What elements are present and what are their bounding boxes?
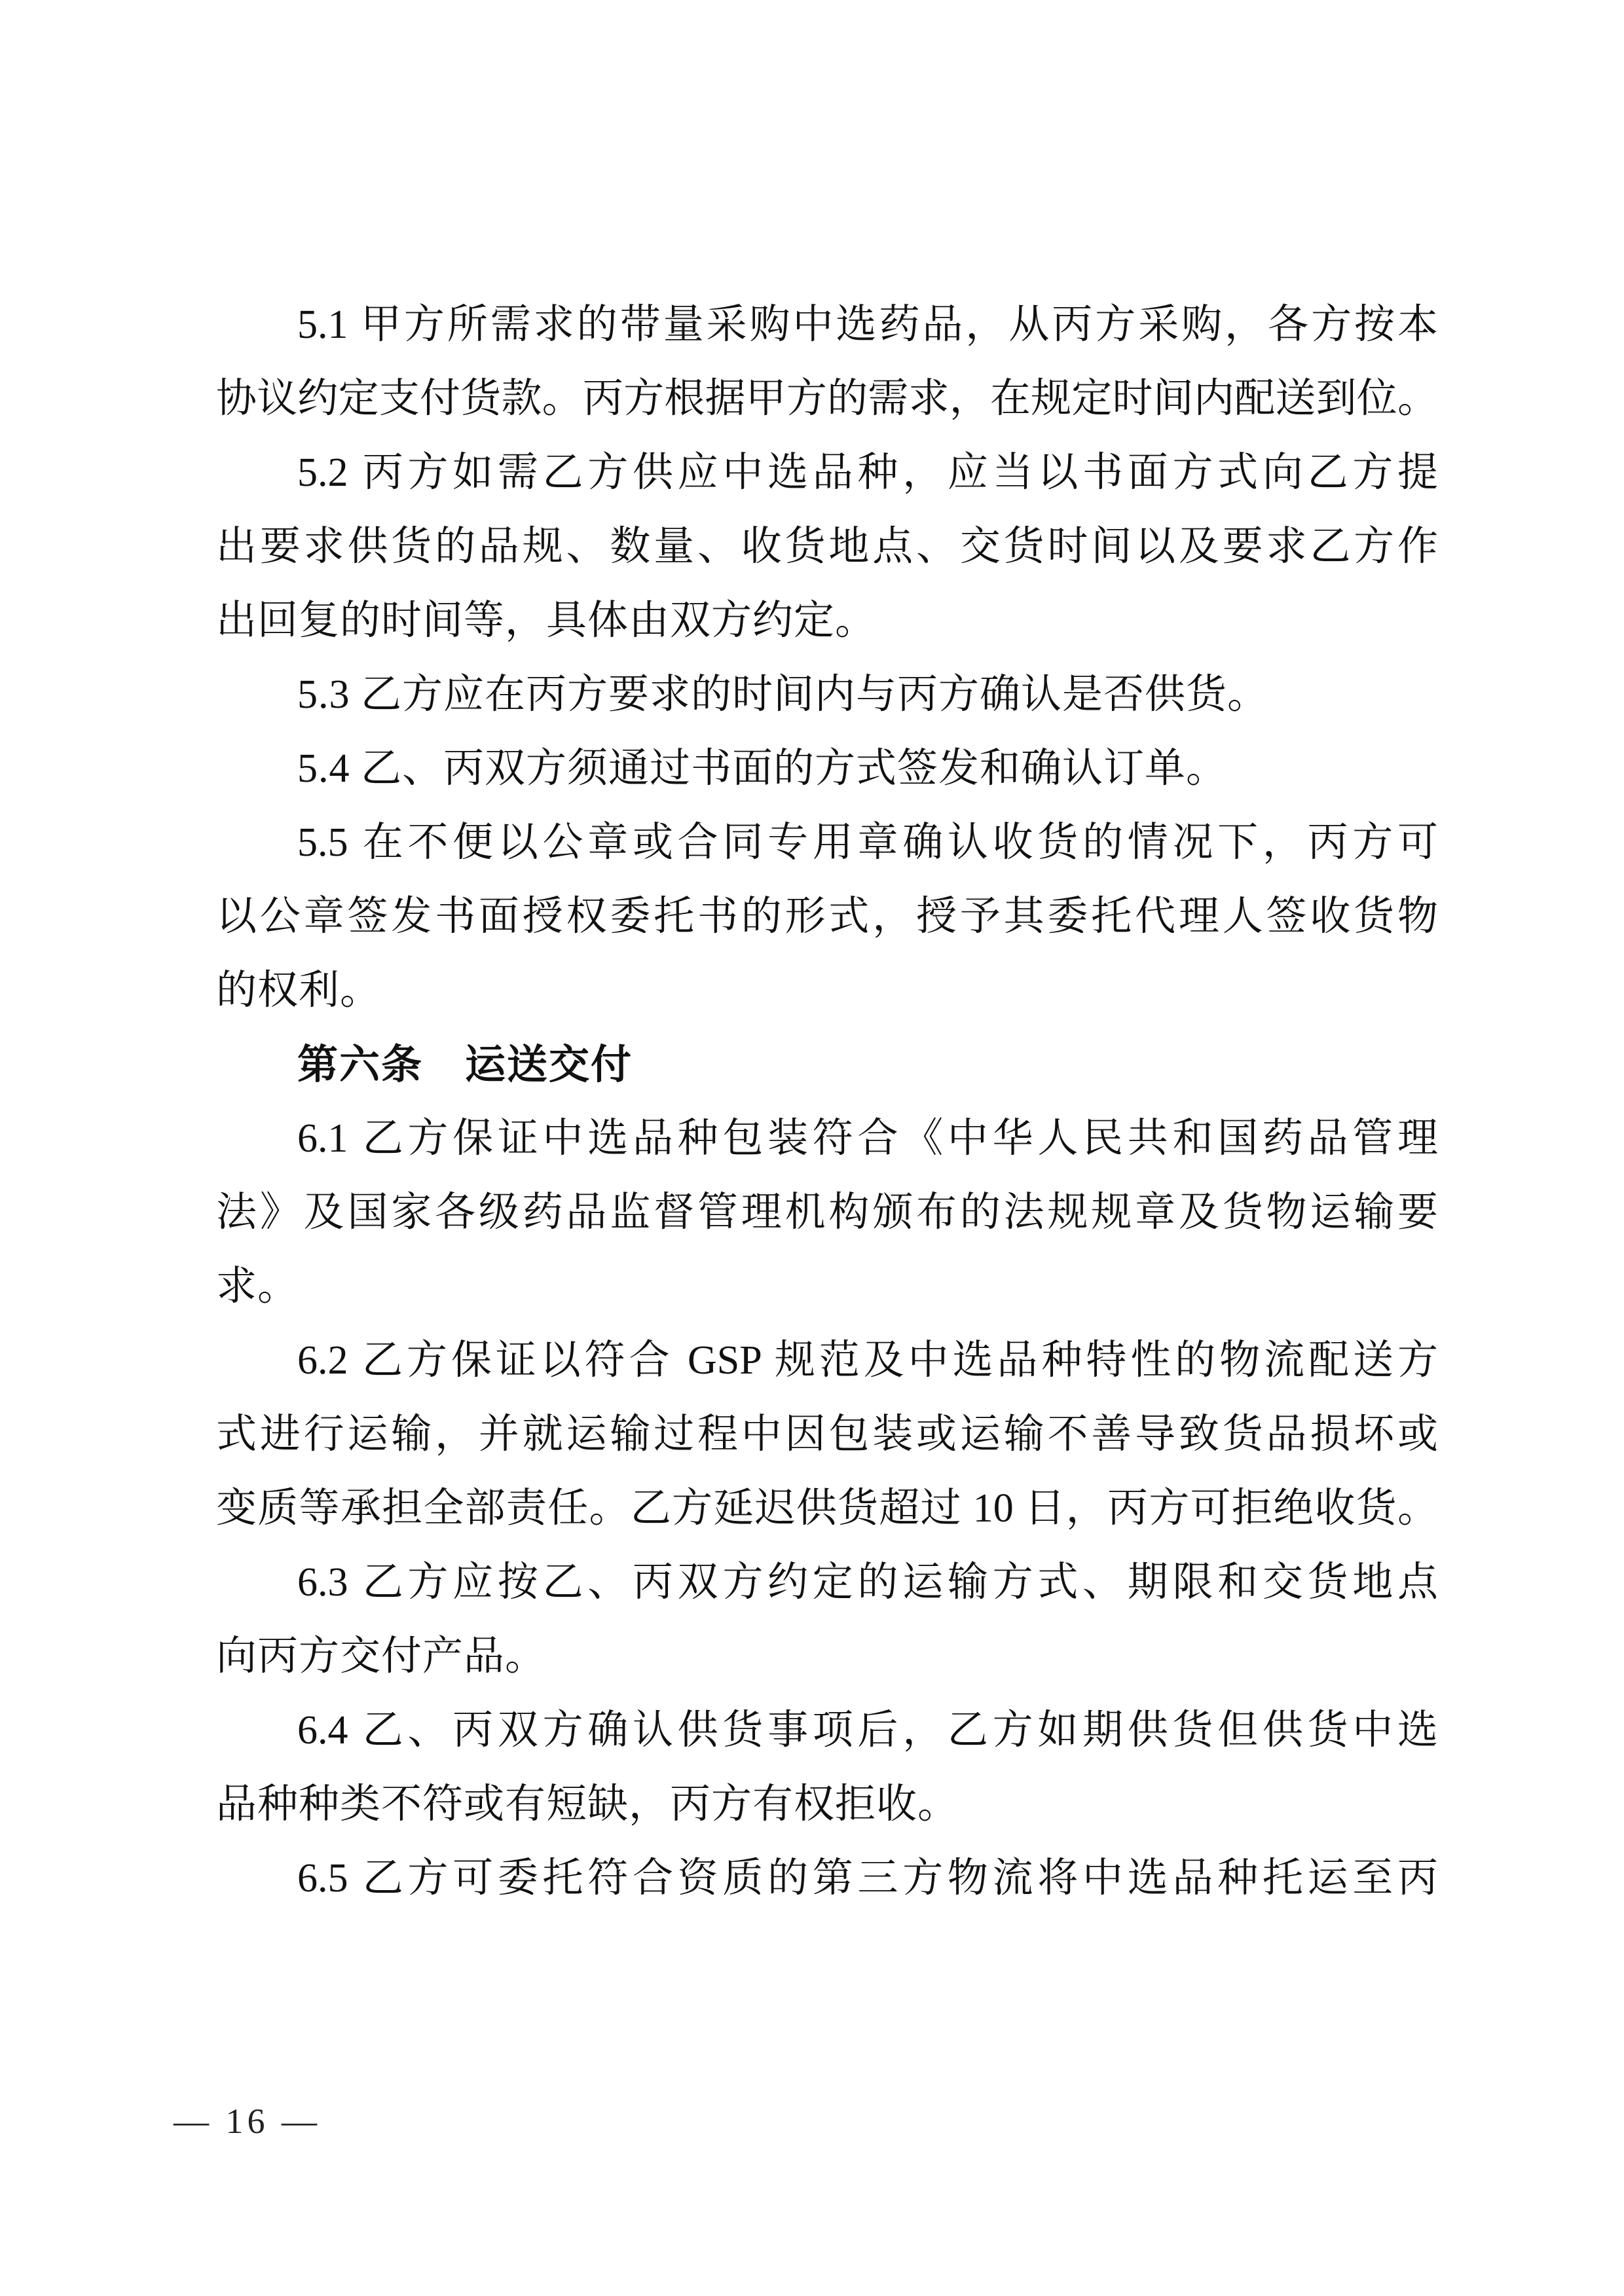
text-line: 出回复的时间等，具体由双方约定。 <box>216 584 1438 658</box>
text-line: 5.4 乙、丙双方须通过书面的方式签发和确认订单。 <box>216 732 1438 806</box>
text-line: 6.3 乙方应按乙、丙双方约定的运输方式、期限和交货地点 <box>216 1546 1438 1620</box>
text-line: 5.1 甲方所需求的带量采购中选药品，从丙方采购，各方按本 <box>216 288 1438 362</box>
text-line: 6.2 乙方保证以符合 GSP 规范及中选品种特性的物流配送方 <box>216 1324 1438 1398</box>
text-line: 的权利。 <box>216 954 1438 1028</box>
page-number: — 16 — <box>174 2098 321 2144</box>
text-line: 求。 <box>216 1250 1438 1324</box>
text-line: 品种种类不符或有短缺，丙方有权拒收。 <box>216 1768 1438 1842</box>
text-line: 6.1 乙方保证中选品种包装符合《中华人民共和国药品管理 <box>216 1102 1438 1176</box>
text-line: 协议约定支付货款。丙方根据甲方的需求，在规定时间内配送到位。 <box>216 362 1438 436</box>
text-line: 法》及国家各级药品监督管理机构颁布的法规规章及货物运输要 <box>216 1176 1438 1250</box>
section-heading: 第六条 运送交付 <box>216 1028 1438 1102</box>
text-line: 5.5 在不便以公章或合同专用章确认收货的情况下，丙方可 <box>216 806 1438 880</box>
document-page: 5.1 甲方所需求的带量采购中选药品，从丙方采购，各方按本协议约定支付货款。丙方… <box>0 0 1624 2296</box>
text-line: 式进行运输，并就运输过程中因包装或运输不善导致货品损坏或 <box>216 1398 1438 1472</box>
text-line: 变质等承担全部责任。乙方延迟供货超过 10 日，丙方可拒绝收货。 <box>216 1472 1438 1546</box>
text-line: 6.4 乙、丙双方确认供货事项后，乙方如期供货但供货中选 <box>216 1694 1438 1768</box>
text-line: 5.3 乙方应在丙方要求的时间内与丙方确认是否供货。 <box>216 658 1438 732</box>
text-line: 6.5 乙方可委托符合资质的第三方物流将中选品种托运至丙 <box>216 1842 1438 1916</box>
contract-body: 5.1 甲方所需求的带量采购中选药品，从丙方采购，各方按本协议约定支付货款。丙方… <box>216 288 1438 1916</box>
text-line: 向丙方交付产品。 <box>216 1620 1438 1694</box>
text-line: 5.2 丙方如需乙方供应中选品种，应当以书面方式向乙方提 <box>216 436 1438 510</box>
text-line: 出要求供货的品规、数量、收货地点、交货时间以及要求乙方作 <box>216 510 1438 584</box>
text-line: 以公章签发书面授权委托书的形式，授予其委托代理人签收货物 <box>216 880 1438 954</box>
